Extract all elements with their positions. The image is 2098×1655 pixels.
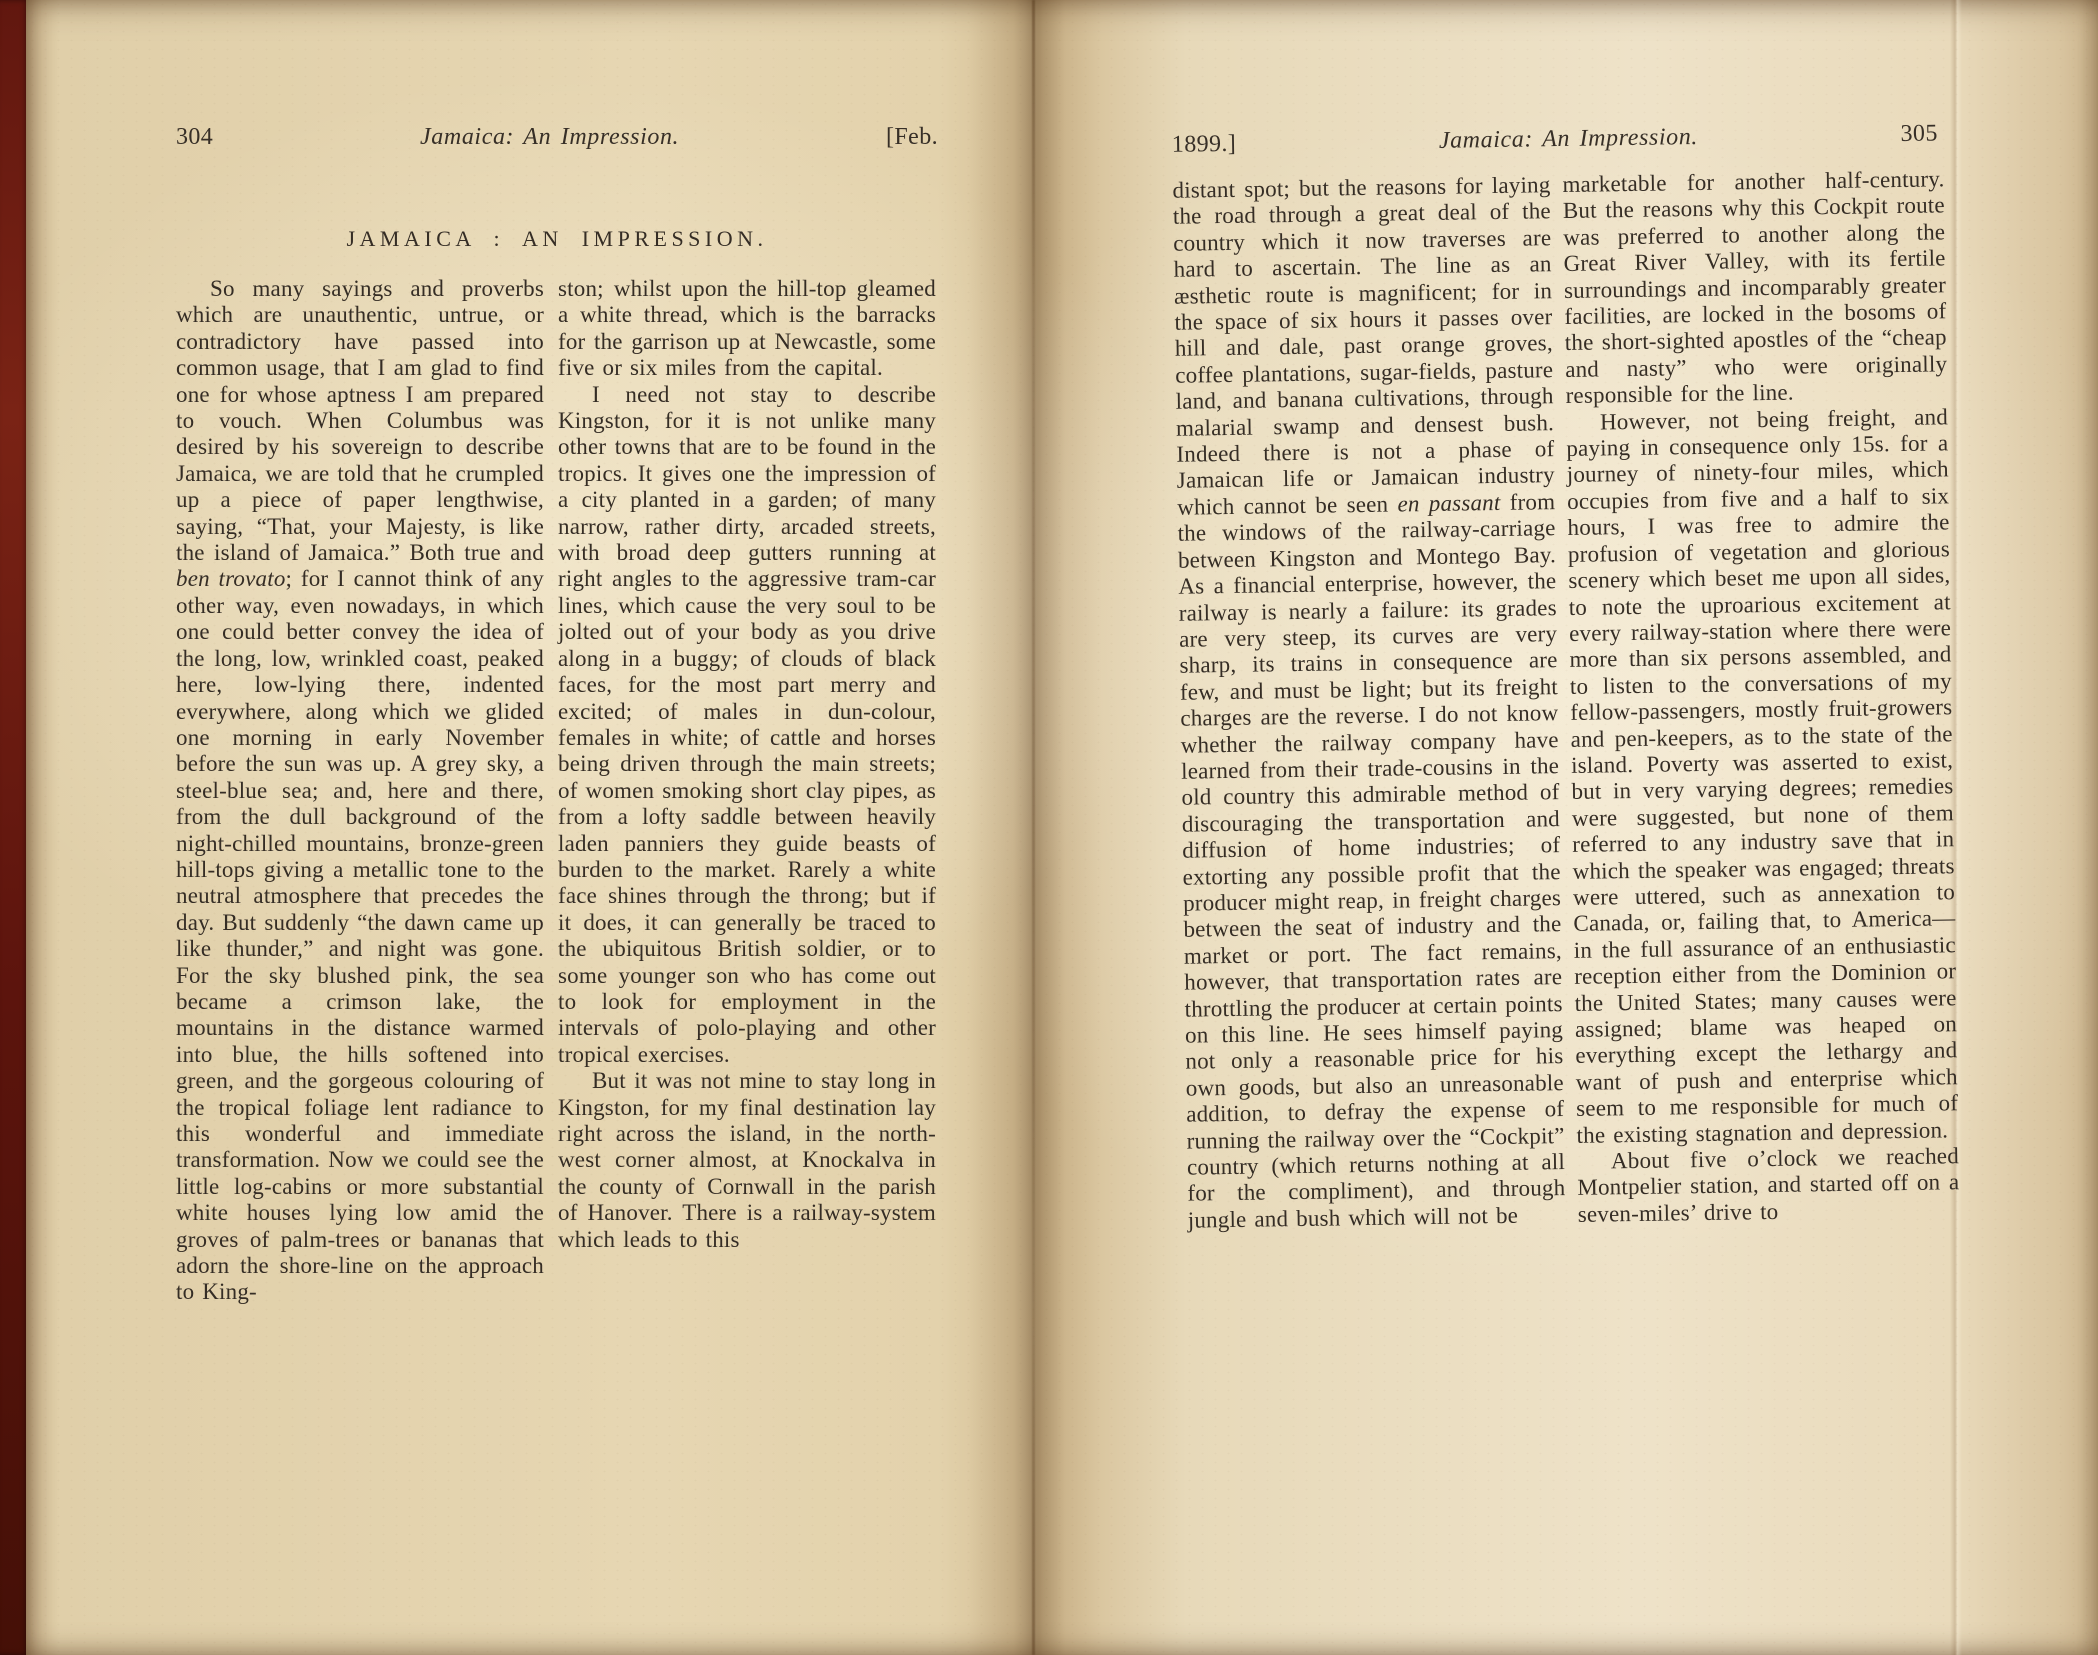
page-305-column-1: distant spot; but the reasons for laying… xyxy=(1172,172,1566,1234)
page-305: 1899.] Jamaica: An Impression. 305 dista… xyxy=(1023,0,2098,1655)
body-text: distant spot; but the reasons for laying… xyxy=(1172,172,1555,519)
body-text: So many sayings and proverbs which are u… xyxy=(176,276,544,565)
running-head-left: Jamaica: An Impression. xyxy=(420,124,679,151)
page-number-right: 305 xyxy=(1900,120,1938,148)
page-304-column-2: ston; whilst upon the hill-top gleamed a… xyxy=(558,276,936,1253)
paragraph: However, not being freight, and paying i… xyxy=(1566,404,1959,1149)
article-title: JAMAICA : AN IMPRESSION. xyxy=(176,226,938,252)
paragraph: ston; whilst upon the hill-top gleamed a… xyxy=(558,276,936,382)
running-head-right: Jamaica: An Impression. xyxy=(1439,124,1698,155)
page-304: 304 Jamaica: An Impression. [Feb. JAMAIC… xyxy=(0,0,1035,1655)
paragraph: distant spot; but the reasons for laying… xyxy=(1172,172,1566,1234)
page-305-header: 1899.] Jamaica: An Impression. 305 xyxy=(1172,120,1938,158)
paragraph: I need not stay to describe Kingston, fo… xyxy=(558,382,936,1069)
body-text: from the windows of the railway-carriage… xyxy=(1177,489,1565,1232)
paragraph: But it was not mine to stay long in King… xyxy=(558,1068,936,1253)
paragraph: So many sayings and proverbs which are u… xyxy=(176,276,544,1306)
issue-year-label: 1899.] xyxy=(1172,131,1237,159)
page-number-left: 304 xyxy=(176,124,213,151)
paragraph: About five o’clock we reached Montpelier… xyxy=(1577,1143,1960,1228)
paragraph: marketable for another half-century. But… xyxy=(1562,166,1947,409)
issue-month-label: [Feb. xyxy=(886,124,938,151)
book-scan: 304 Jamaica: An Impression. [Feb. JAMAIC… xyxy=(0,0,2098,1655)
page-305-column-2: marketable for another half-century. But… xyxy=(1562,166,1960,1228)
page-304-column-1: So many sayings and proverbs which are u… xyxy=(176,276,544,1306)
page-304-header: 304 Jamaica: An Impression. [Feb. xyxy=(176,124,938,151)
italic-phrase-ben-trovato: ben trovato xyxy=(176,566,286,591)
italic-phrase-en-passant: en passant xyxy=(1397,490,1500,517)
body-text: ; for I cannot think of any other way, e… xyxy=(176,566,544,1304)
